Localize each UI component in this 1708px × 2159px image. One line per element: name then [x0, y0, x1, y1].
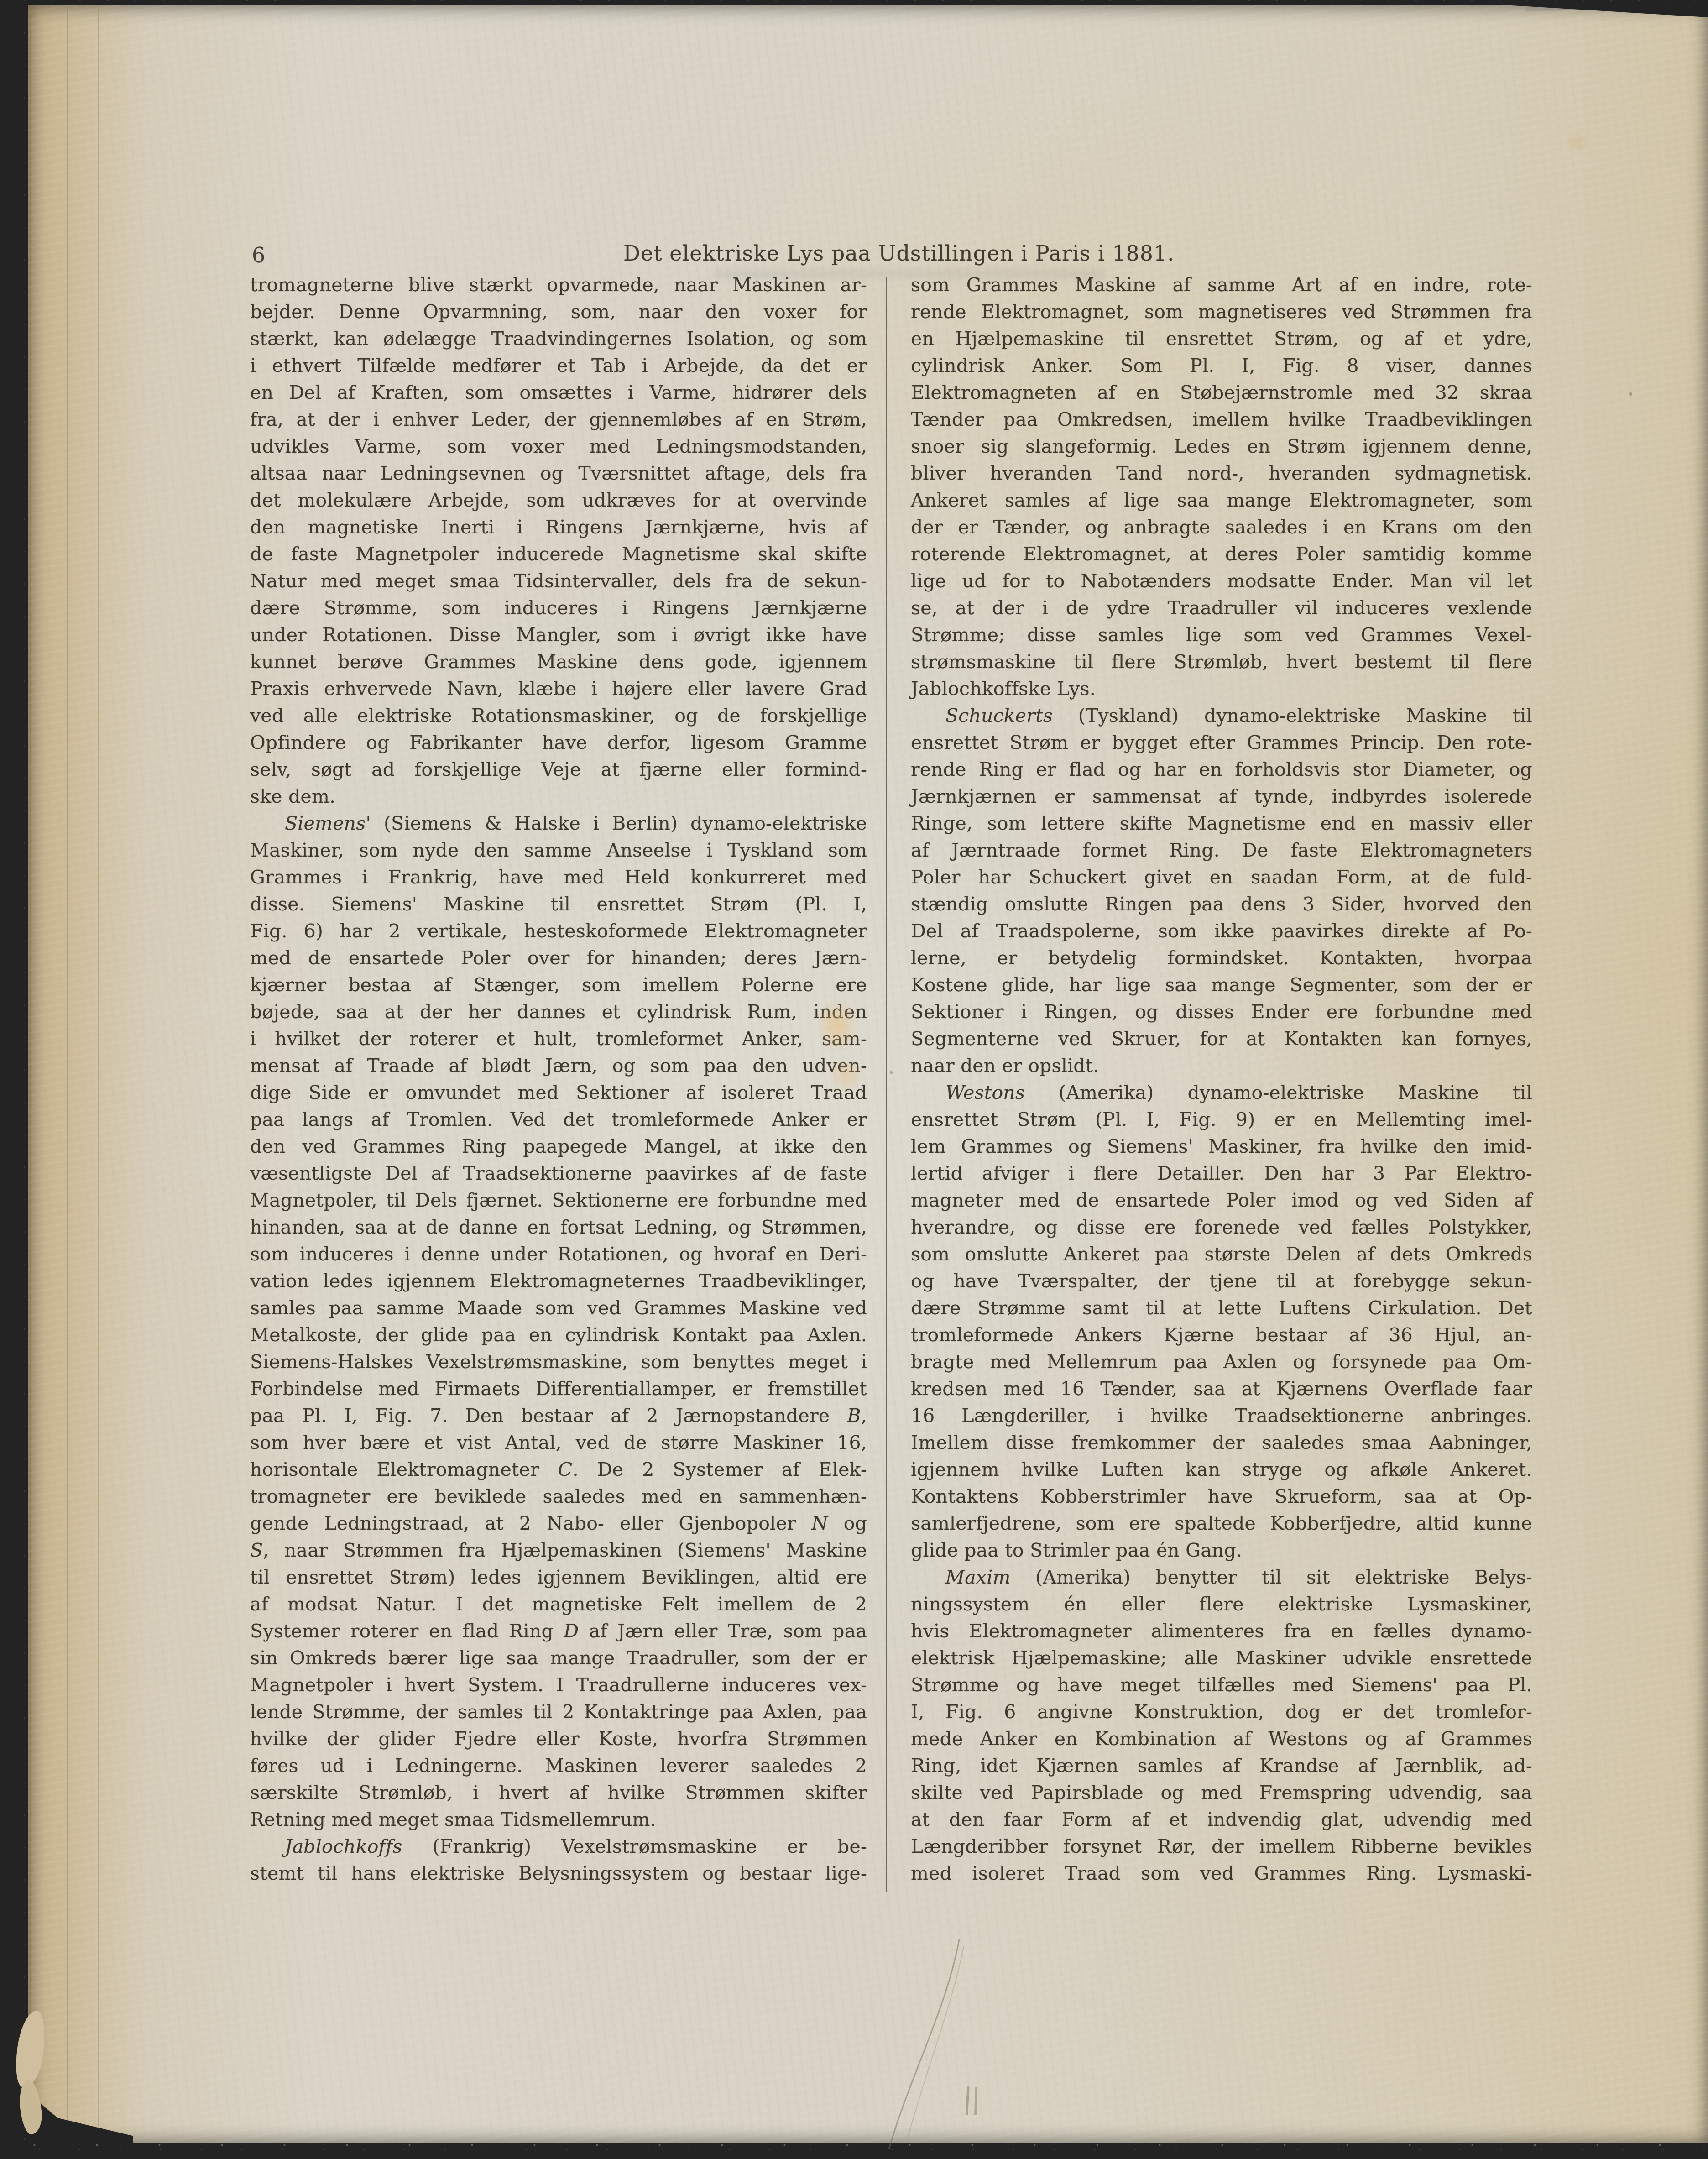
text-line: føres ud i Ledningerne. Maskinen leverer… — [250, 1752, 867, 1779]
column-divider-rule — [886, 277, 887, 1892]
text-line: bliver hveranden Tand nord-, hveranden s… — [911, 460, 1532, 487]
text-line: Strømme og have meget tilfælles med Siem… — [911, 1672, 1532, 1699]
text-line: væsentligste Del af Traadsektionerne paa… — [250, 1160, 867, 1187]
text-line: Maxim (Amerika) benytter til sit elektri… — [911, 1564, 1532, 1591]
text-line: en Del af Kraften, som omsættes i Varme,… — [250, 379, 867, 406]
text-line: til ensrettet Strøm) ledes igjennem Bevi… — [250, 1564, 867, 1591]
text-line: kunnet berøve Grammes Maskine dens gode,… — [250, 648, 867, 675]
text-line: ensrettet Strøm er bygget efter Grammes … — [911, 729, 1532, 756]
text-line: lende Strømme, der samles til 2 Kontaktr… — [250, 1699, 867, 1725]
text-line: stærkt, kan ødelægge Traadvindingernes I… — [250, 325, 867, 352]
text-line: med de ensartede Poler over for hinanden… — [250, 945, 867, 972]
text-line: dære Strømme samt til at lette Luftens C… — [911, 1295, 1532, 1322]
text-line: dære Strømme, som induceres i Ringens Jæ… — [250, 595, 867, 622]
text-line: Jærnkjærnen er sammensat af tynde, indby… — [911, 783, 1532, 810]
text-line: der er Tænder, og anbragte saaledes i en… — [911, 514, 1532, 541]
text-line: rende Elektromagnet, som magnetiseres ve… — [911, 298, 1532, 325]
text-line: Kontaktens Kobberstrimler have Skrueform… — [911, 1483, 1532, 1510]
text-line: sin Omkreds bærer lige saa mange Traadru… — [250, 1645, 867, 1672]
text-line: en Hjælpemaskine til ensrettet Strøm, og… — [911, 325, 1532, 352]
text-line: fra, at der i enhver Leder, der gjenneml… — [250, 406, 867, 433]
ink-speck — [890, 1071, 893, 1074]
text-line: Ankeret samles af lige saa mange Elektro… — [911, 487, 1532, 514]
text-line: udvikles Varme, som voxer med Ledningsmo… — [250, 433, 867, 460]
text-line: Jablochkoffs (Frankrig) Vexelstrømsmaski… — [250, 1833, 867, 1860]
text-line: tromagneter ere beviklede saaledes med e… — [250, 1483, 867, 1510]
text-line: Natur med meget smaa Tidsintervaller, de… — [250, 568, 867, 595]
running-title: Det elektriske Lys paa Udstillingen i Pa… — [256, 241, 1542, 266]
ink-speck — [1629, 392, 1632, 396]
text-line: tromagneterne blive stærkt opvarmede, na… — [250, 272, 867, 298]
text-line: som hver bære et vist Antal, ved de stør… — [250, 1429, 867, 1456]
paper-stain — [810, 991, 865, 1060]
page-stack-edge-line — [30, 5, 31, 2143]
text-line: Poler har Schuckert givet en saadan Form… — [911, 864, 1532, 891]
text-line: strømsmaskine til flere Strømløb, hvert … — [911, 648, 1532, 675]
text-line: det molekulære Arbejde, som udkræves for… — [250, 487, 867, 514]
text-line: bragte med Mellemrum paa Axlen og forsyn… — [911, 1349, 1532, 1375]
text-line: Siemens-Halskes Vexelstrømsmaskine, som … — [250, 1349, 867, 1375]
text-line: disse. Siemens' Maskine til ensrettet St… — [250, 891, 867, 918]
text-line: 16 Længderiller, i hvilke Traadsektioner… — [911, 1402, 1532, 1429]
text-line: i hvilket der roterer et hult, tromlefor… — [250, 1025, 867, 1052]
paper-stain — [1562, 129, 1593, 156]
text-line: snoer sig slangeformig. Ledes en Strøm i… — [911, 433, 1532, 460]
text-line: som omslutte Ankeret paa største Delen a… — [911, 1241, 1532, 1268]
text-line: skilte ved Papirsblade og med Fremspring… — [911, 1779, 1532, 1806]
text-line: S, naar Strømmen fra Hjælpemaskinen (Sie… — [250, 1537, 867, 1564]
text-line: magneter med de ensartede Poler imod og … — [911, 1187, 1532, 1214]
text-line: lertid afviger i flere Detailler. Den ha… — [911, 1160, 1532, 1187]
text-line: lerne, er betydelig formindsket. Kontakt… — [911, 945, 1532, 972]
text-line: Jablochkoffske Lys. — [911, 675, 1532, 702]
text-line: Metalkoste, der glide paa en cylindrisk … — [250, 1322, 867, 1349]
text-line: selv, søgt ad forskjellige Veje at fjærn… — [250, 756, 867, 783]
text-line: og have Tværspalter, der tjene til at fo… — [911, 1268, 1532, 1295]
page-sheet: 6 Det elektriske Lys paa Udstillingen i … — [28, 5, 1708, 2143]
text-line: Magnetpoler, til Dels fjærnet. Sektioner… — [250, 1187, 867, 1214]
text-line: den ved Grammes Ring paapegede Mangel, a… — [250, 1133, 867, 1160]
text-line: den magnetiske Inerti i Ringens Jærnkjær… — [250, 514, 867, 541]
text-line: i ethvert Tilfælde medfører et Tab i Arb… — [250, 352, 867, 379]
text-line: Ring, idet Kjærnen samles af Krandse af … — [911, 1752, 1532, 1779]
text-line: igjennem hvilke Luften kan stryge og afk… — [911, 1456, 1532, 1483]
text-line: mensat af Traade af blødt Jærn, og som p… — [250, 1052, 867, 1079]
text-line: Forbindelse med Firmaets Differentiallam… — [250, 1375, 867, 1402]
text-line: med isoleret Traad som ved Grammes Ring.… — [911, 1860, 1532, 1887]
text-line: lem Grammes og Siemens' Maskiner, fra hv… — [911, 1133, 1532, 1160]
text-line: cylindrisk Anker. Som Pl. I, Fig. 8 vise… — [911, 352, 1532, 379]
text-line: bejder. Denne Opvarmning, som, naar den … — [250, 298, 867, 325]
text-line: af modsat Natur. I det magnetiske Felt i… — [250, 1591, 867, 1618]
text-line: stændig omslutte Ringen paa dens 3 Sider… — [911, 891, 1532, 918]
text-line: mede Anker en Kombination af Westons og … — [911, 1725, 1532, 1752]
text-line: rende Ring er flad og har en forholdsvis… — [911, 756, 1532, 783]
text-line: ensrettet Strøm (Pl. I, Fig. 9) er en Me… — [911, 1106, 1532, 1133]
text-line: horisontale Elektromagneter C. De 2 Syst… — [250, 1456, 867, 1483]
text-line: Retning med meget smaa Tidsmellemrum. — [250, 1806, 867, 1833]
text-line: Schuckerts (Tyskland) dynamo-elektriske … — [911, 702, 1532, 729]
scanned-book-page: { "page": { "number": "6", "running_titl… — [0, 0, 1708, 2159]
text-line: hinanden, saa at de danne en fortsat Led… — [250, 1214, 867, 1241]
page-stack-edge-line — [98, 5, 99, 2143]
text-line: Sektioner i Ringen, og disses Ender ere … — [911, 998, 1532, 1025]
text-line: naar den er opslidt. — [911, 1052, 1532, 1079]
text-line: Grammes i Frankrig, have med Held konkur… — [250, 864, 867, 891]
text-line: gende Ledningstraad, at 2 Nabo- eller Gj… — [250, 1510, 867, 1537]
text-line: Strømme; disse samles lige som ved Gramm… — [911, 622, 1532, 648]
text-line: Del af Traadspolerne, som ikke paavirkes… — [911, 918, 1532, 945]
text-line: paa langs af Tromlen. Ved det tromleform… — [250, 1106, 867, 1133]
text-line: bøjede, saa at der her dannes et cylindr… — [250, 998, 867, 1025]
text-line: vation ledes igjennem Elektromagneternes… — [250, 1268, 867, 1295]
scratch-mark — [844, 1930, 981, 2159]
text-line: Maskiner, som nyde den samme Anseelse i … — [250, 837, 867, 864]
text-line: Systemer roterer en flad Ring D af Jærn … — [250, 1618, 867, 1645]
text-line: ningssystem én eller flere elektriske Ly… — [911, 1591, 1532, 1618]
text-line: hvis Elektromagneter alimenteres fra en … — [911, 1618, 1532, 1645]
text-line: Kostene glide, har lige saa mange Segmen… — [911, 972, 1532, 998]
page-stack-edge-line — [67, 5, 68, 2143]
text-line: Praxis erhvervede Navn, klæbe i højere e… — [250, 675, 867, 702]
text-line: Tænder paa Omkredsen, imellem hvilke Tra… — [911, 406, 1532, 433]
text-line: samles paa samme Maade som ved Grammes M… — [250, 1295, 867, 1322]
text-line: hvilke der glider Fjedre eller Koste, hv… — [250, 1725, 867, 1752]
text-line: I, Fig. 6 angivne Konstruktion, dog er d… — [911, 1699, 1532, 1725]
text-line: de faste Magnetpoler inducerede Magnetis… — [250, 541, 867, 568]
text-line: særskilte Strømløb, i hvert af hvilke St… — [250, 1779, 867, 1806]
text-line: glide paa to Strimler paa én Gang. — [911, 1537, 1532, 1564]
text-line: roterende Elektromagnet, at deres Poler … — [911, 541, 1532, 568]
text-line: Elektromagneten af en Støbejærnstromle m… — [911, 379, 1532, 406]
text-line: se, at der i de ydre Traadruller vil ind… — [911, 595, 1532, 622]
right-column: som Grammes Maskine af samme Art af en i… — [911, 272, 1532, 1887]
text-line: af Jærntraade formet Ring. De faste Elek… — [911, 837, 1532, 864]
text-line: Imellem disse fremkommer der saaledes sm… — [911, 1429, 1532, 1456]
text-line: Længderibber forsynet Rør, der imellem R… — [911, 1833, 1532, 1860]
text-line: hverandre, og disse ere forenede ved fæl… — [911, 1214, 1532, 1241]
ink-speck — [1132, 1260, 1134, 1262]
text-line: Siemens' (Siemens & Halske i Berlin) dyn… — [250, 810, 867, 837]
text-line: som Grammes Maskine af samme Art af en i… — [911, 272, 1532, 298]
text-line: dige Side er omvundet med Sektioner af i… — [250, 1079, 867, 1106]
ink-speck — [526, 447, 528, 450]
text-line: Westons (Amerika) dynamo-elektriske Mask… — [911, 1079, 1532, 1106]
text-line: stemt til hans elektriske Belysningssyst… — [250, 1860, 867, 1887]
text-line: Fig. 6) har 2 vertikale, hesteskoformede… — [250, 918, 867, 945]
left-column: tromagneterne blive stærkt opvarmede, na… — [250, 272, 867, 1887]
text-line: ved alle elektriske Rotationsmaskiner, o… — [250, 702, 867, 729]
text-line: paa Pl. I, Fig. 7. Den bestaar af 2 Jærn… — [250, 1402, 867, 1429]
text-line: Opfindere og Fabrikanter have derfor, li… — [250, 729, 867, 756]
text-line: elektrisk Hjælpemaskine; alle Maskiner u… — [911, 1645, 1532, 1672]
text-line: Magnetpoler i hvert System. I Traadrulle… — [250, 1672, 867, 1699]
text-line: altsaa naar Ledningsevnen og Tværsnittet… — [250, 460, 867, 487]
paper-stain — [825, 1053, 868, 1098]
text-line: Segmenterne ved Skruer, for at Kontakten… — [911, 1025, 1532, 1052]
text-line: kjærner bestaa af Stænger, som imellem P… — [250, 972, 867, 998]
text-line: kredsen med 16 Tænder, saa at Kjærnens O… — [911, 1375, 1532, 1402]
text-line: samlerfjedrene, som ere spaltede Kobberf… — [911, 1510, 1532, 1537]
text-line: Ringe, som lettere skifte Magnetisme end… — [911, 810, 1532, 837]
text-line: tromleformede Ankers Kjærne bestaar af 3… — [911, 1322, 1532, 1349]
text-line: under Rotationen. Disse Mangler, som i ø… — [250, 622, 867, 648]
text-line: ske dem. — [250, 783, 867, 810]
text-line: at den faar Form af et indvendig glat, u… — [911, 1806, 1532, 1833]
text-line: lige ud for to Nabotænders modsatte Ende… — [911, 568, 1532, 595]
text-line: som induceres i denne under Rotationen, … — [250, 1241, 867, 1268]
